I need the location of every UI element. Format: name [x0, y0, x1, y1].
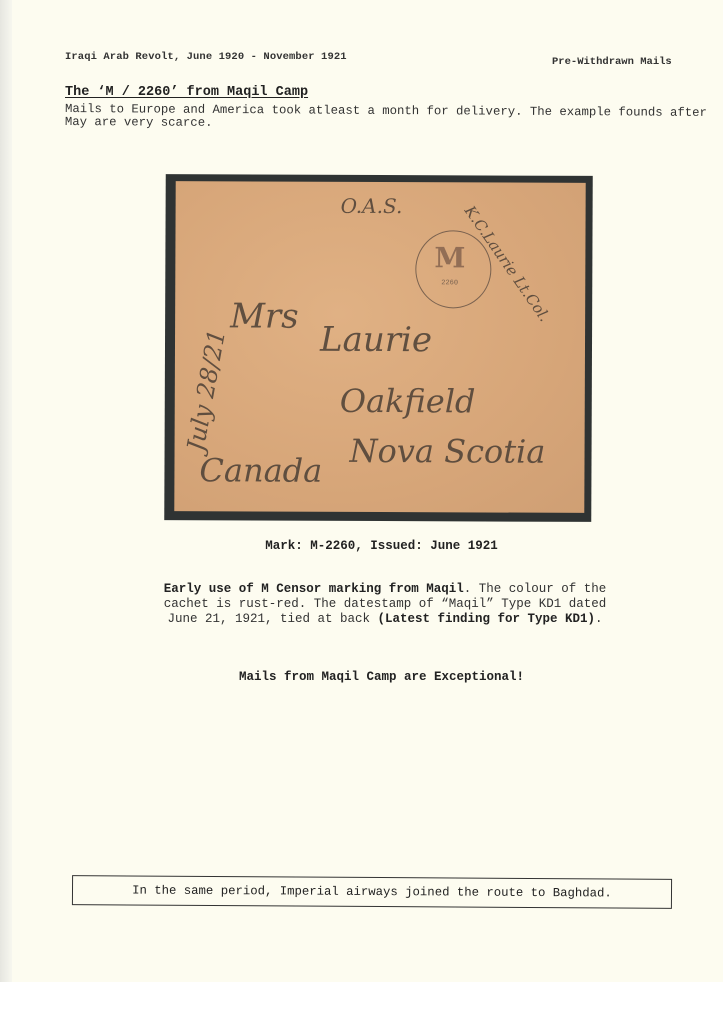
- page-edge: [0, 0, 12, 1024]
- footer-note-box: In the same period, Imperial airways joi…: [72, 875, 672, 909]
- handwriting-town: Oakfield: [340, 382, 476, 421]
- handwriting-salutation: Mrs: [230, 296, 299, 336]
- censor-mark-number: 2260: [441, 279, 458, 287]
- mark-caption: Mark: M-2260, Issued: June 1921: [20, 539, 723, 553]
- handwriting-addressee: Laurie: [320, 320, 432, 360]
- section-label: Pre-Withdrawn Mails: [552, 56, 672, 68]
- censor-mark-letter: M: [434, 241, 465, 274]
- handwriting-date: July 28/21: [182, 327, 231, 453]
- handwriting-country: Canada: [199, 451, 322, 490]
- intro-text: Mails to Europe and America took atleast…: [65, 103, 710, 133]
- page-title: The ‘M / 2260’ from Maqil Camp: [65, 85, 308, 100]
- scan-margin: [0, 982, 723, 1024]
- notes-bold-outro: (Latest finding for Type KD1): [377, 612, 595, 626]
- postal-cover-image: O.A.S. K.C.Laurie Lt.Col. M 2260 Mrs Lau…: [174, 181, 585, 513]
- exhibit-heading: Iraqi Arab Revolt, June 1920 - November …: [65, 51, 347, 63]
- description-notes: Early use of M Censor marking from Maqil…: [160, 582, 610, 627]
- notes-bold-intro: Early use of M Censor marking from Maqil: [164, 582, 464, 596]
- handwriting-province: Nova Scotia: [349, 432, 545, 471]
- censor-mark: M 2260: [415, 230, 491, 308]
- handwriting-oas: O.A.S.: [341, 194, 403, 218]
- exceptional-caption: Mails from Maqil Camp are Exceptional!: [20, 670, 723, 684]
- notes-end: .: [595, 612, 603, 626]
